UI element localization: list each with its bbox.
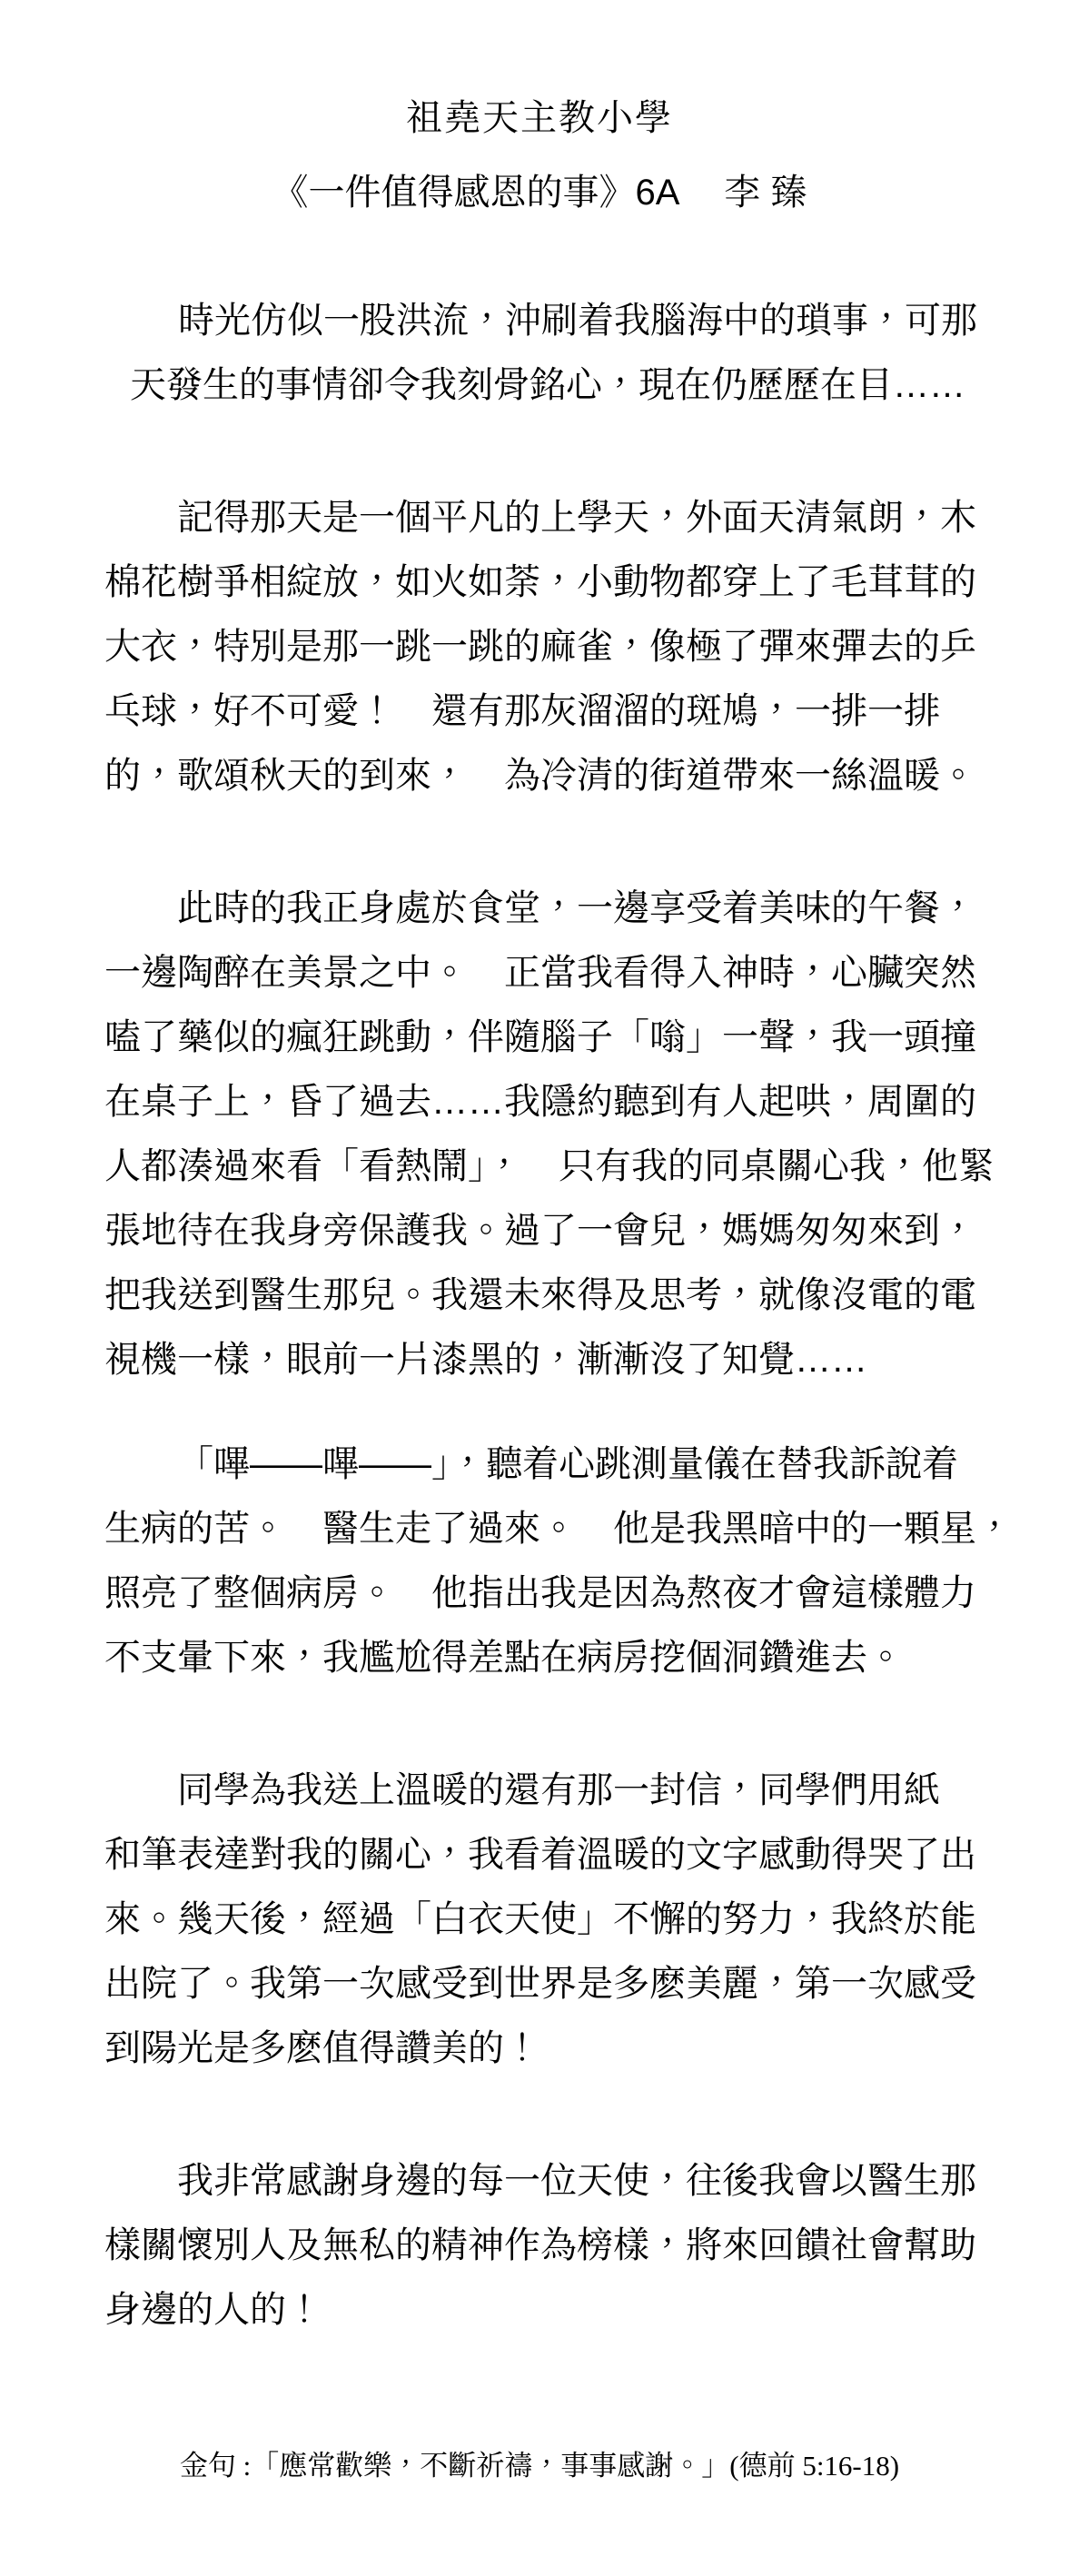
essay-line: 把我送到醫生那兒。我還未來得及思考，就像沒電的電 bbox=[104, 1263, 1079, 1328]
essay-line: 樣關懷別人及無私的精神作為榜樣，將來回饋社會幫助 bbox=[104, 2214, 1079, 2278]
essay-line: 同學為我送上溫暖的還有那一封信，同學們用紙 bbox=[104, 1759, 1079, 1823]
essay-paragraph: 「嗶——嗶——」，聽着心跳測量儀在替我訴說着生病的苦。 醫生走了過來。 他是我黑… bbox=[104, 1432, 1079, 1690]
essay-line: 視機一樣，眼前一片漆黑的，漸漸沒了知覺…… bbox=[104, 1328, 1079, 1392]
school-name: 祖堯天主教小學 bbox=[0, 91, 1079, 145]
essay-line: 嗑了藥似的瘋狂跳動，伴隨腦子「嗡」一聲，我一頭撞 bbox=[104, 1006, 1079, 1070]
essay-page: 祖堯天主教小學 《一件值得感恩的事》6A 李 臻 時光仿似一股洪流，沖刷着我腦海… bbox=[0, 0, 1079, 2576]
essay-line: 出院了。我第一次感受到世界是多麽美麗，第一次感受 bbox=[104, 1952, 1079, 2016]
essay-paragraph: 時光仿似一股洪流，沖刷着我腦海中的瑣事，可那天發生的事情卻令我刻骨銘心，現在仍歷… bbox=[104, 289, 1079, 418]
essay-line: 乓球，好不可愛！ 還有那灰溜溜的斑鳩，一排一排 bbox=[104, 679, 1079, 744]
essay-line: 生病的苦。 醫生走了過來。 他是我黑暗中的一顆星， bbox=[104, 1497, 1079, 1561]
essay-line: 人都湊過來看「看熱鬧」， 只有我的同桌關心我，他緊 bbox=[104, 1134, 1079, 1199]
essay-line: 的，歌頌秋天的到來， 為冷清的街道帶來一絲溫暖。 bbox=[104, 744, 1079, 808]
essay-line: 棉花樹爭相綻放，如火如荼，小動物都穿上了毛茸茸的 bbox=[104, 550, 1079, 615]
essay-line: 不支暈下來，我尷尬得差點在病房挖個洞鑽進去。 bbox=[104, 1626, 1079, 1690]
essay-line: 到陽光是多麽值得讚美的！ bbox=[104, 2016, 1079, 2081]
essay-line: 身邊的人的！ bbox=[104, 2278, 1079, 2343]
essay-line: 照亮了整個病房。 他指出我是因為熬夜才會這樣體力 bbox=[104, 1561, 1079, 1626]
essay-line: 「嗶——嗶——」，聽着心跳測量儀在替我訴說着 bbox=[104, 1432, 1079, 1497]
essay-line: 此時的我正身處於食堂，一邊享受着美味的午餐， bbox=[104, 877, 1079, 941]
essay-paragraph: 我非常感謝身邊的每一位天使，往後我會以醫生那樣關懷別人及無私的精神作為榜樣，將來… bbox=[104, 2149, 1079, 2343]
essay-line: 大衣，特別是那一跳一跳的麻雀，像極了彈來彈去的乒 bbox=[104, 615, 1079, 679]
essay-line: 和筆表達對我的關心，我看着溫暖的文字感動得哭了出 bbox=[104, 1823, 1079, 1887]
essay-paragraph: 此時的我正身處於食堂，一邊享受着美味的午餐，一邊陶醉在美景之中。 正當我看得入神… bbox=[104, 877, 1079, 1392]
essay-line: 張地待在我身旁保護我。過了一會兒，媽媽匆匆來到， bbox=[104, 1199, 1079, 1263]
essay-line: 來。幾天後，經過「白衣天使」不懈的努力，我終於能 bbox=[104, 1887, 1079, 1952]
essay-paragraph: 同學為我送上溫暖的還有那一封信，同學們用紙和筆表達對我的關心，我看着溫暖的文字感… bbox=[104, 1759, 1079, 2081]
essay-line: 一邊陶醉在美景之中。 正當我看得入神時，心臟突然 bbox=[104, 941, 1079, 1006]
essay-line: 天發生的事情卻令我刻骨銘心，現在仍歷歷在目…… bbox=[130, 353, 1079, 418]
essay-title-line: 《一件值得感恩的事》6A 李 臻 bbox=[0, 165, 1079, 220]
essay-line: 我非常感謝身邊的每一位天使，往後我會以醫生那 bbox=[104, 2149, 1079, 2214]
essay-line: 時光仿似一股洪流，沖刷着我腦海中的瑣事，可那 bbox=[130, 289, 1079, 353]
essay-line: 在桌子上，昏了過去……我隱約聽到有人起哄，周圍的 bbox=[104, 1070, 1079, 1134]
essay-body: 時光仿似一股洪流，沖刷着我腦海中的瑣事，可那天發生的事情卻令我刻骨銘心，現在仍歷… bbox=[0, 289, 1079, 2343]
essay-paragraph: 記得那天是一個平凡的上學天，外面天清氣朗，木棉花樹爭相綻放，如火如荼，小動物都穿… bbox=[104, 486, 1079, 808]
essay-line: 記得那天是一個平凡的上學天，外面天清氣朗，木 bbox=[104, 486, 1079, 550]
golden-verse: 金句 :「應常歡樂，不斷祈禱，事事感謝。」(德前 5:16-18) bbox=[0, 2445, 1079, 2486]
